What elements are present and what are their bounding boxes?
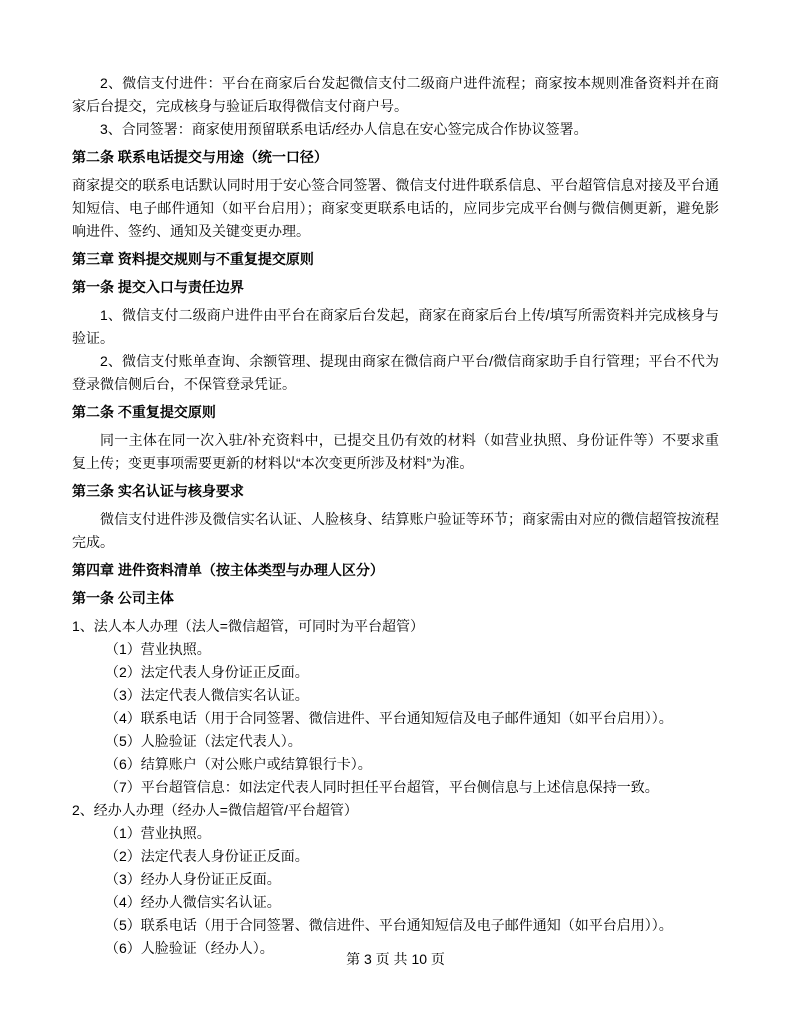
section-heading: 第二条 联系电话提交与用途（统一口径）: [72, 146, 719, 169]
section-heading: 第二条 不重复提交原则: [72, 401, 719, 424]
paragraph: 同一主体在同一次入驻/补充资料中，已提交且仍有效的材料（如营业执照、身份证件等）…: [72, 429, 719, 475]
list-item: （4）经办人微信实名认证。: [72, 891, 719, 914]
list-item: （3）法定代表人微信实名认证。: [72, 684, 719, 707]
paragraph: 1、微信支付二级商户进件由平台在商家后台发起，商家在商家后台上传/填写所需资料并…: [72, 304, 719, 350]
paragraph: 2、经办人办理（经办人=微信超管/平台超管）: [72, 799, 719, 822]
page-number-footer: 第 3 页 共 10 页: [0, 949, 791, 969]
list-item: （7）平台超管信息：如法定代表人同时担任平台超管，平台侧信息与上述信息保持一致。: [72, 776, 719, 799]
section-heading: 第一条 提交入口与责任边界: [72, 276, 719, 299]
paragraph: 2、微信支付账单查询、余额管理、提现由商家在微信商户平台/微信商家助手自行管理；…: [72, 350, 719, 396]
list-item: （1）营业执照。: [72, 638, 719, 661]
paragraph: 3、合同签署：商家使用预留联系电话/经办人信息在安心签完成合作协议签署。: [72, 118, 719, 141]
list-item: （2）法定代表人身份证正反面。: [72, 845, 719, 868]
document-content: 2、微信支付进件：平台在商家后台发起微信支付二级商户进件流程；商家按本规则准备资…: [72, 72, 719, 960]
paragraph: 商家提交的联系电话默认同时用于安心签合同签署、微信支付进件联系信息、平台超管信息…: [72, 174, 719, 243]
paragraph: 1、法人本人办理（法人=微信超管，可同时为平台超管）: [72, 615, 719, 638]
list-item: （1）营业执照。: [72, 822, 719, 845]
list-item: （5）人脸验证（法定代表人）。: [72, 730, 719, 753]
list-item: （6）结算账户（对公账户或结算银行卡）。: [72, 753, 719, 776]
list-item: （2）法定代表人身份证正反面。: [72, 661, 719, 684]
section-heading: 第一条 公司主体: [72, 587, 719, 610]
list-item: （4）联系电话（用于合同签署、微信进件、平台通知短信及电子邮件通知（如平台启用）…: [72, 707, 719, 730]
paragraph: 微信支付进件涉及微信实名认证、人脸核身、结算账户验证等环节；商家需由对应的微信超…: [72, 508, 719, 554]
list-item: （3）经办人身份证正反面。: [72, 868, 719, 891]
paragraph: 2、微信支付进件：平台在商家后台发起微信支付二级商户进件流程；商家按本规则准备资…: [72, 72, 719, 118]
section-heading: 第四章 进件资料清单（按主体类型与办理人区分）: [72, 559, 719, 582]
document-page: 2、微信支付进件：平台在商家后台发起微信支付二级商户进件流程；商家按本规则准备资…: [0, 0, 791, 1024]
section-heading: 第三章 资料提交规则与不重复提交原则: [72, 248, 719, 271]
list-item: （5）联系电话（用于合同签署、微信进件、平台通知短信及电子邮件通知（如平台启用）…: [72, 914, 719, 937]
section-heading: 第三条 实名认证与核身要求: [72, 480, 719, 503]
